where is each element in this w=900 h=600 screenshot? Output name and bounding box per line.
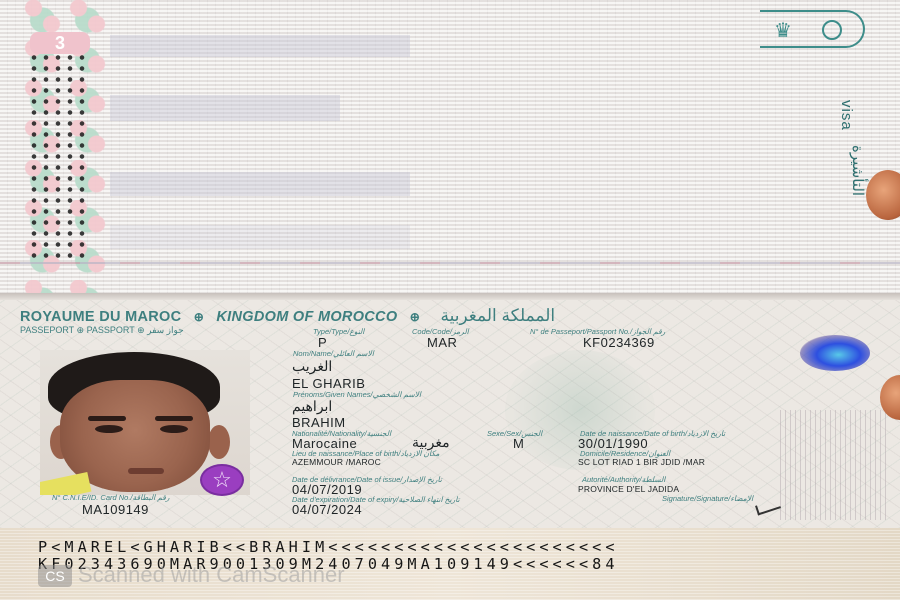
security-pattern: [780, 410, 890, 520]
given-names-value: BRAHIM: [292, 415, 346, 430]
finger: [866, 170, 900, 220]
crown-icon: ♛: [774, 18, 792, 43]
date-of-expiry-value: 04/07/2024: [292, 502, 362, 517]
crescent-icon: [822, 20, 842, 40]
issuing-country-header: ROYAUME DU MAROC ⊕ KINGDOM OF MOROCCO ⊕ …: [20, 306, 555, 326]
given-names-arabic: ابراهيم: [292, 398, 332, 415]
holder-signature: [755, 499, 781, 516]
camscanner-logo-icon: CS: [38, 565, 72, 587]
hologram: [800, 335, 870, 371]
visa-page: 3 ♛ visa التأشيرة: [0, 0, 900, 300]
separator-icon: ⊕: [194, 310, 204, 324]
surname-label: Nom/Name/الاسم العائلي: [293, 349, 374, 358]
ghost-print: [110, 172, 410, 196]
scanner-watermark: CSScanned with CamScanner: [38, 562, 345, 588]
country-name-fr: ROYAUME DU MAROC: [20, 309, 181, 325]
signature-label: Signature/Signature/الإمضاء: [662, 494, 753, 503]
passport-data-page: ROYAUME DU MAROC ⊕ KINGDOM OF MOROCCO ⊕ …: [0, 300, 900, 528]
surname-arabic: الغريب: [292, 358, 332, 375]
country-name-ar: المملكة المغربية: [440, 306, 555, 325]
mrz-line-1: P<MAREL<GHARIB<<BRAHIM<<<<<<<<<<<<<<<<<<…: [38, 538, 619, 556]
ghost-print: [110, 225, 410, 249]
place-of-birth-value: AZEMMOUR /MAROC: [292, 457, 381, 467]
type-value: P: [318, 335, 327, 350]
id-card-no-label: N° C.N.I.E/ID. Card No./رقم البطاقة: [52, 493, 169, 502]
ghost-print: [110, 35, 410, 57]
surname-value: EL GHARIB: [292, 376, 365, 391]
pentagram-seal-icon: ☆: [200, 464, 244, 496]
authority-value: PROVINCE D'EL JADIDA: [578, 484, 679, 494]
ghost-print: [110, 95, 340, 121]
visa-label-arabic: التأشيرة: [848, 145, 866, 196]
residence-value: SC LOT RIAD 1 BIR JDID /MAR: [578, 457, 705, 467]
document-type: PASSEPORT ⊕ PASSPORT ⊕ جواز سفر: [20, 325, 184, 336]
passport-no-value: KF0234369: [583, 335, 655, 350]
separator-icon: ⊕: [410, 310, 420, 324]
visa-label: visa: [838, 100, 855, 131]
page-edge-line: [0, 262, 900, 264]
code-value: MAR: [427, 335, 457, 350]
sex-value: M: [513, 436, 524, 451]
country-name-en: KINGDOM OF MOROCCO: [216, 309, 397, 325]
authority-label: Autorité/Authority/السلطة: [582, 475, 665, 484]
royal-emblem-stamp: ♛: [760, 10, 865, 48]
id-card-no-value: MA109149: [82, 502, 149, 517]
perforated-serial-number: [28, 52, 88, 262]
page-number: 3: [30, 32, 90, 54]
watermark-text: Scanned with CamScanner: [78, 562, 345, 587]
